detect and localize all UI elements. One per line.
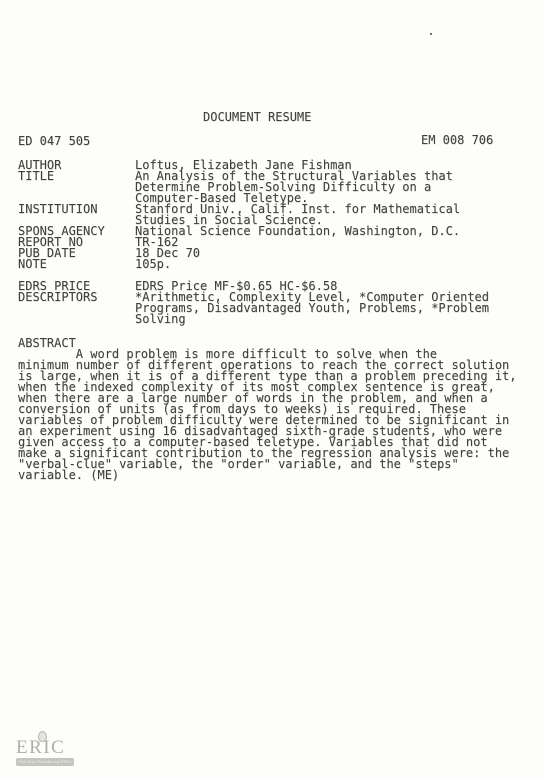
field-value: 18 Dec 70 — [135, 248, 530, 259]
text-line: Programs, Disadvantaged Youth, Problems,… — [135, 303, 530, 314]
document-page: DOCUMENT RESUME ED 047 505 EM 008 706 AU… — [0, 0, 544, 780]
field-pub-date: PUB DATE 18 Dec 70 — [18, 248, 530, 259]
bibliographic-fields: AUTHOR Loftus, Elizabeth Jane Fishman TI… — [18, 160, 530, 325]
em-number: EM 008 706 — [421, 135, 493, 146]
field-value: 105p. — [135, 259, 530, 270]
scan-speck — [430, 33, 432, 35]
abstract-text: A word problem is more difficult to solv… — [18, 349, 533, 481]
field-label: INSTITUTION — [18, 204, 135, 226]
field-label: NOTE — [18, 259, 135, 270]
field-value: Stanford Univ., Calif. Inst. for Mathema… — [135, 204, 530, 226]
field-value: An Analysis of the Structural Variables … — [135, 171, 530, 204]
field-descriptors: DESCRIPTORS *Arithmetic, Complexity Leve… — [18, 292, 530, 325]
field-spons-agency: SPONS AGENCY National Science Foundation… — [18, 226, 530, 237]
field-value: National Science Foundation, Washington,… — [135, 226, 530, 237]
field-label: DESCRIPTORS — [18, 292, 135, 325]
document-resume-title: DOCUMENT RESUME — [203, 112, 311, 123]
text-line: 105p. — [135, 259, 530, 270]
text-line: National Science Foundation, Washington,… — [135, 226, 530, 237]
ed-number: ED 047 505 — [18, 136, 90, 147]
field-note: NOTE 105p. — [18, 259, 530, 270]
eric-logo-banner: Full Text Provided by ERIC — [16, 758, 74, 766]
field-title: TITLE An Analysis of the Structural Vari… — [18, 171, 530, 204]
text-line: variable. (ME) — [18, 470, 533, 481]
field-value: *Arithmetic, Complexity Level, *Computer… — [135, 292, 530, 325]
text-line: Solving — [135, 314, 530, 325]
eric-logo-text: ERIC — [16, 738, 65, 757]
abstract-section: ABSTRACT A word problem is more difficul… — [18, 338, 533, 481]
field-institution: INSTITUTION Stanford Univ., Calif. Inst.… — [18, 204, 530, 226]
text-line: 18 Dec 70 — [135, 248, 530, 259]
field-label: TITLE — [18, 171, 135, 204]
field-report-no: REPORT NO TR-162 — [18, 237, 530, 248]
